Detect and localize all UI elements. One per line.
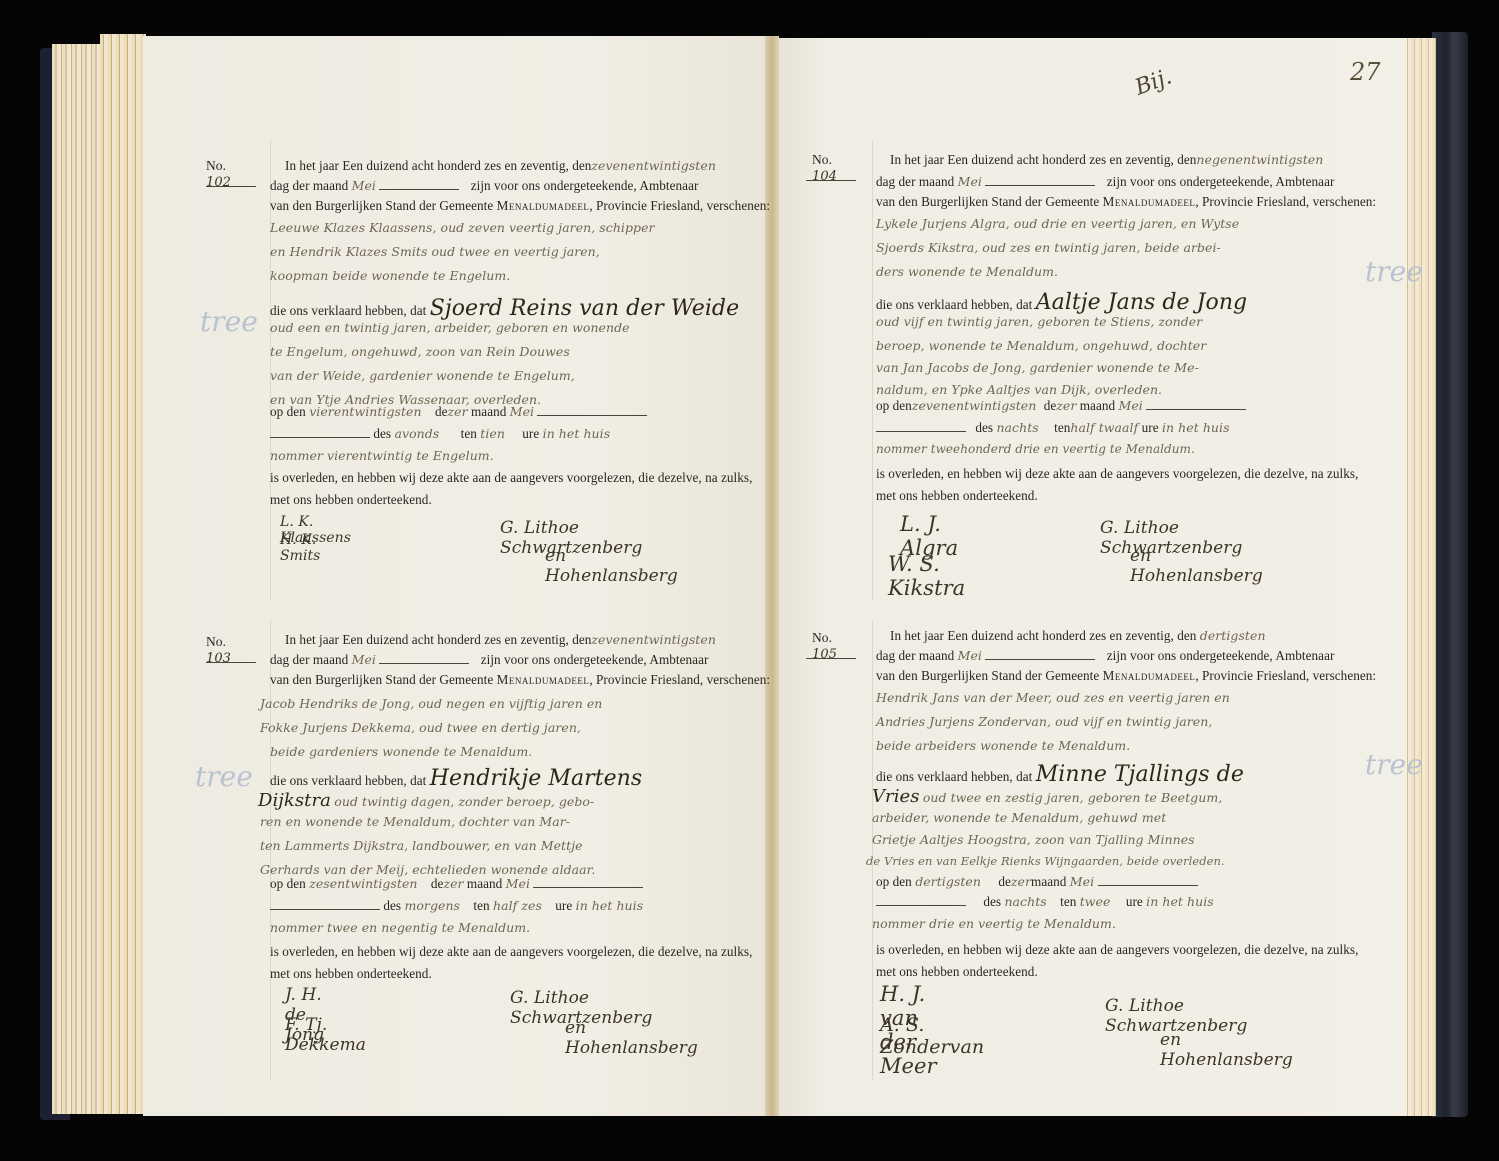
intro-line: In het jaar Een duizend acht honderd zes… — [890, 628, 1266, 644]
intro-line: In het jaar Een duizend acht honderd zes… — [285, 632, 716, 648]
death-place-line: nommer drie en veertig te Menaldum. — [872, 916, 1116, 931]
month-line: dag der maand Mei zijn voor ons onderget… — [876, 174, 1334, 190]
death-place-line: nommer vierentwintig te Engelum. — [270, 448, 494, 463]
month-line: dag der maand Mei zijn voor ons onderget… — [270, 178, 698, 194]
declarant-signature: H. K. Smits — [280, 532, 320, 564]
declarant-line: Sjoerds Kikstra, oud zes en twintig jare… — [876, 240, 1221, 255]
declarant-line: ders wonende te Menaldum. — [876, 264, 1058, 279]
deceased-detail: beroep, wonende te Menaldum, ongehuwd, d… — [876, 338, 1206, 353]
death-date-line: op den dertigsten dezermaand Mei — [876, 874, 1198, 890]
death-place-line: nommer twee en negentig te Menaldum. — [270, 920, 530, 935]
closing-line: is overleden, en hebben wij deze akte aa… — [270, 470, 752, 486]
deceased-detail: Gerhards van der Meij, echtelieden wonen… — [260, 862, 595, 877]
deceased-line: die ons verklaard hebben, dat Hendrikje … — [270, 766, 642, 791]
declarant-signature: A. S. Zondervan — [880, 1014, 984, 1058]
death-time-line: des nachts tenhalf twaalf ure in het hui… — [876, 420, 1230, 436]
book-cover-right — [1432, 32, 1468, 1117]
deceased-line-2: Vries oud twee en zestig jaren, geboren … — [872, 786, 1222, 807]
declarant-line: en Hendrik Klazes Smits oud twee en veer… — [270, 244, 600, 259]
deceased-detail: oud vijf en twintig jaren, geboren te St… — [876, 314, 1202, 329]
death-time-line: des morgens ten half zes ure in het huis — [270, 898, 643, 914]
deceased-line-2: Dijkstra oud twintig dagen, zonder beroe… — [258, 790, 594, 811]
declarant-signature: F. Tj. Dekkema — [285, 1015, 366, 1055]
deceased-detail: ren en wonende te Menaldum, dochter van … — [260, 814, 570, 829]
record-rule — [806, 658, 856, 659]
deceased-line: die ons verklaard hebben, dat Sjoerd Rei… — [270, 296, 739, 321]
deceased-detail: naldum, en Ypke Aaltjes van Dijk, overle… — [876, 382, 1162, 397]
declarant-line: koopman beide wonende te Engelum. — [270, 268, 510, 283]
death-date-line: op denzevenentwintigsten dezer maand Mei — [876, 398, 1246, 414]
death-date-line: op den vierentwintigsten dezer maand Mei — [270, 404, 647, 420]
closing-line: met ons hebben onderteekend. — [876, 488, 1038, 504]
deceased-detail: Grietje Aaltjes Hoogstra, zoon van Tjall… — [872, 832, 1195, 847]
death-time-line: des avonds ten tien ure in het huis — [270, 426, 610, 442]
deceased-detail: te Engelum, ongehuwd, zoon van Rein Douw… — [270, 344, 570, 359]
official-signature: en Hohenlansberg — [545, 546, 678, 586]
deceased-detail: ten Lammerts Dijkstra, landbouwer, en va… — [260, 838, 583, 853]
closing-line: met ons hebben onderteekend. — [876, 964, 1038, 980]
margin-note: tree — [195, 760, 253, 793]
record-rule — [806, 180, 856, 181]
closing-line: met ons hebben onderteekend. — [270, 966, 432, 982]
margin-note: tree — [1365, 255, 1423, 288]
municipality-line: van den Burgerlijken Stand der Gemeente … — [876, 668, 1376, 684]
margin-note: tree — [200, 305, 258, 338]
official-signature: en Hohenlansberg — [1160, 1030, 1293, 1070]
column-rule — [872, 140, 873, 600]
page-number: 27 — [1350, 58, 1381, 86]
municipality-line: van den Burgerlijken Stand der Gemeente … — [270, 672, 770, 688]
deceased-detail: arbeider, wonende te Menaldum, gehuwd me… — [872, 810, 1166, 825]
intro-line: In het jaar Een duizend acht honderd zes… — [285, 158, 716, 174]
declarant-line: Fokke Jurjens Dekkema, oud twee en derti… — [260, 720, 581, 735]
municipality-line: van den Burgerlijken Stand der Gemeente … — [876, 194, 1376, 210]
month-line: dag der maand Mei zijn voor ons onderget… — [876, 648, 1334, 664]
margin-note: tree — [1365, 748, 1423, 781]
declarant-line: Leeuwe Klazes Klaassens, oud zeven veert… — [270, 220, 655, 235]
closing-line: is overleden, en hebben wij deze akte aa… — [876, 942, 1358, 958]
deceased-detail: oud een en twintig jaren, arbeider, gebo… — [270, 320, 630, 335]
page-edges-left-inner — [100, 34, 146, 1114]
closing-line: met ons hebben onderteekend. — [270, 492, 432, 508]
deceased-detail: de Vries en van Eelkje Rienks Wijngaarde… — [866, 854, 1225, 868]
deceased-detail: van der Weide, gardenier wonende te Enge… — [270, 368, 575, 383]
month-line: dag der maand Mei zijn voor ons onderget… — [270, 652, 708, 668]
deceased-line: die ons verklaard hebben, dat Aaltje Jan… — [876, 290, 1247, 315]
municipality-line: van den Burgerlijken Stand der Gemeente … — [270, 198, 770, 214]
intro-line: In het jaar Een duizend acht honderd zes… — [890, 152, 1323, 168]
page-edges-right — [1404, 38, 1436, 1116]
declarant-line: Lykele Jurjens Algra, oud drie en veerti… — [876, 216, 1239, 231]
column-rule — [872, 620, 873, 1080]
declarant-line: beide arbeiders wonende te Menaldum. — [876, 738, 1130, 753]
official-signature: en Hohenlansberg — [1130, 546, 1263, 586]
death-place-line: nommer tweehonderd drie en veertig te Me… — [876, 442, 1195, 456]
declarant-line: Andries Jurjens Zondervan, oud vijf en t… — [876, 714, 1212, 729]
declarant-line: Hendrik Jans van der Meer, oud zes en ve… — [876, 690, 1230, 705]
closing-line: is overleden, en hebben wij deze akte aa… — [876, 466, 1358, 482]
official-signature: en Hohenlansberg — [565, 1018, 698, 1058]
declarant-line: Jacob Hendriks de Jong, oud negen en vij… — [260, 696, 602, 711]
death-time-line: des nachts ten twee ure in het huis — [876, 894, 1214, 910]
declarant-line: beide gardeniers wonende te Menaldum. — [270, 744, 532, 759]
record-rule — [206, 662, 256, 663]
deceased-line: die ons verklaard hebben, dat Minne Tjal… — [876, 762, 1244, 787]
deceased-detail: van Jan Jacobs de Jong, gardenier wonend… — [876, 360, 1199, 375]
closing-line: is overleden, en hebben wij deze akte aa… — [270, 944, 752, 960]
record-rule — [206, 186, 256, 187]
declarant-signature: W. S. Kikstra — [888, 552, 965, 600]
death-date-line: op den zesentwintigsten dezer maand Mei — [270, 876, 643, 892]
